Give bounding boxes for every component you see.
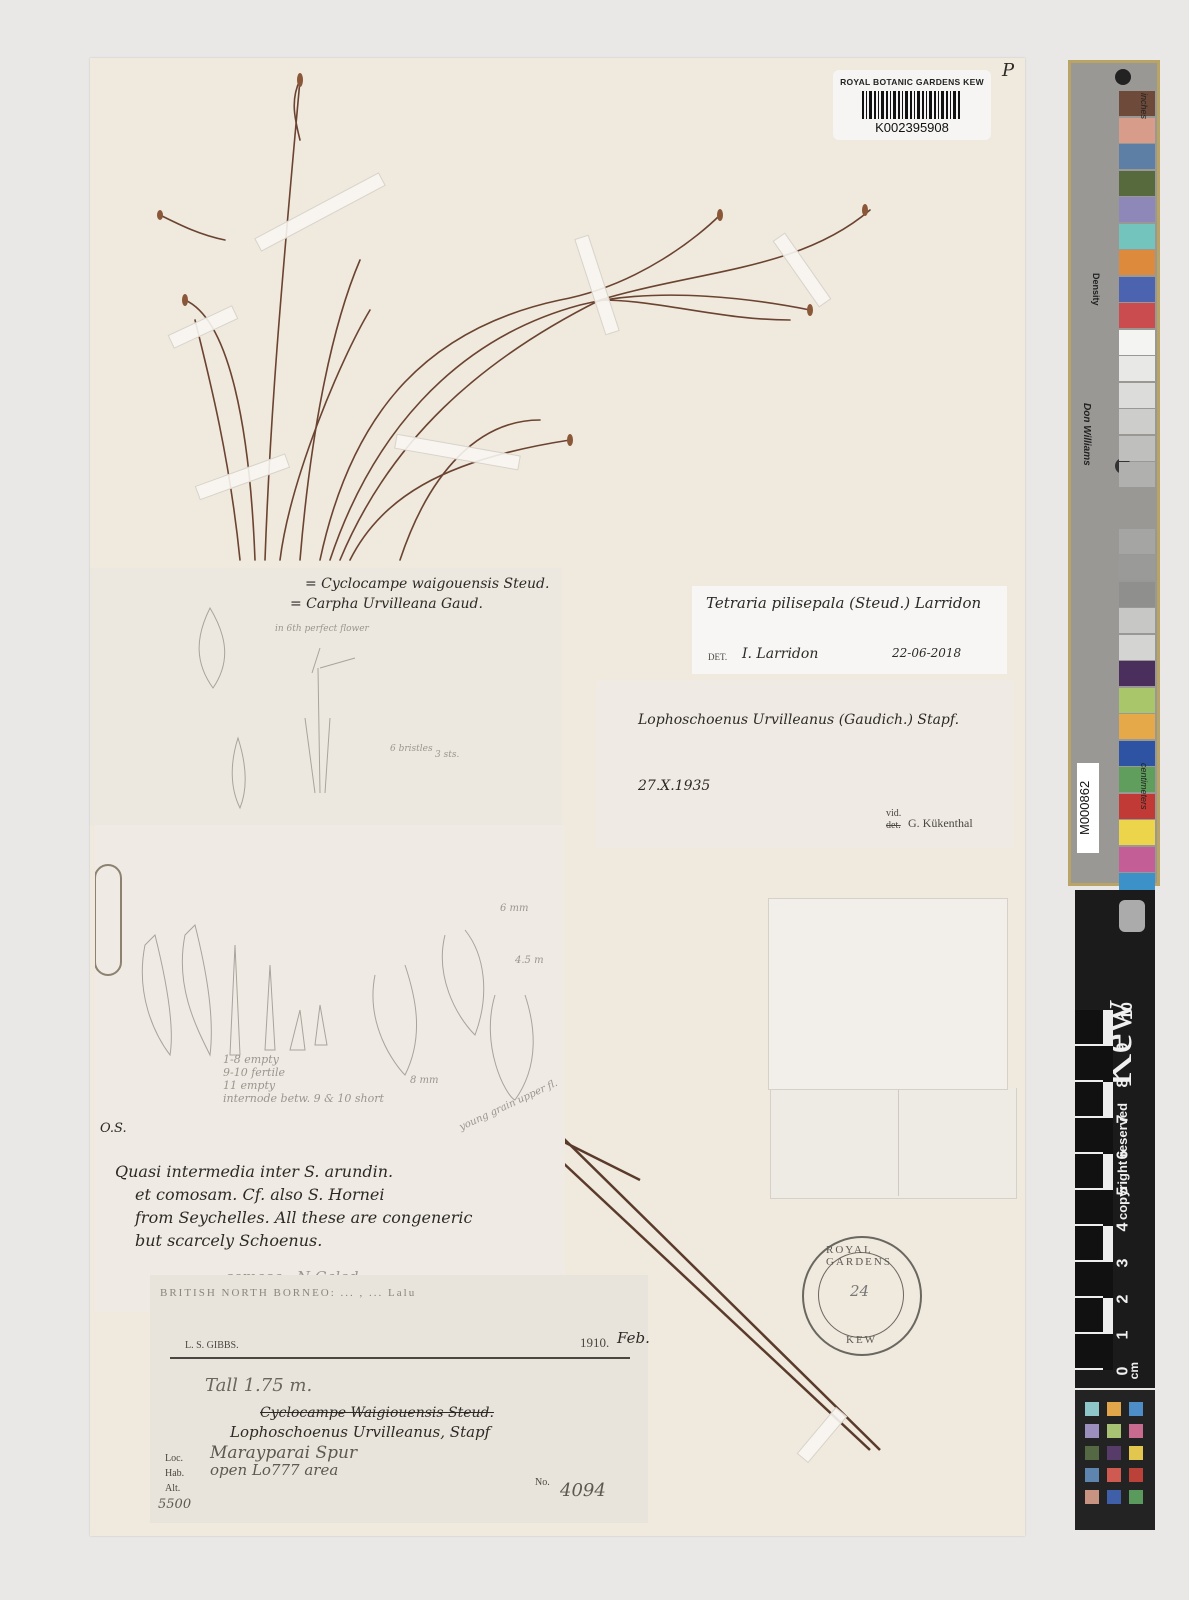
note-line: et comosam. Cf. also S. Hornei xyxy=(115,1183,472,1206)
checker-patch xyxy=(1107,1424,1121,1438)
alt-value: 5500 xyxy=(158,1497,191,1512)
royal-gardens-stamp: ROYAL GARDENS KEW 24 xyxy=(802,1236,922,1356)
centimeters-label: centimeters xyxy=(1139,763,1149,810)
vid-prefix: vid. xyxy=(886,808,901,819)
colour-patch xyxy=(1119,144,1155,169)
vid-taxon-name: Lophoschoenus Urvilleanus (Gaudich.) Sta… xyxy=(638,712,959,728)
scale-tick-label: 6 xyxy=(1114,1151,1132,1160)
scale-tick-label: 10 xyxy=(1119,1002,1137,1020)
pencil-note: 11 empty xyxy=(223,1079,384,1092)
registration-dot-icon xyxy=(1115,69,1131,85)
colour-patch xyxy=(1119,688,1155,713)
determination-label: Tetraria pilisepala (Steud.) Larridon DE… xyxy=(692,586,1007,674)
kukenthal-label: Lophoschoenus Urvilleanus (Gaudich.) Sta… xyxy=(596,680,1014,848)
colour-patch xyxy=(1119,250,1155,275)
checker-patch xyxy=(1129,1490,1143,1504)
collector-name: L. S. GIBBS. xyxy=(185,1340,239,1351)
colour-patch xyxy=(1119,741,1155,766)
checker-patch xyxy=(1085,1424,1099,1438)
sketch-sheet-bottom: 1-8 empty 9-10 fertile 11 empty internod… xyxy=(95,825,565,1155)
locality-header: BRITISH NORTH BORNEO: ... , ... Lalu xyxy=(160,1287,416,1299)
pencil-note: 1-8 empty xyxy=(223,1053,384,1066)
checker-patch xyxy=(1085,1446,1099,1460)
colour-patch xyxy=(1119,635,1155,660)
checker-patch xyxy=(1107,1468,1121,1482)
institution-name: ROYAL BOTANIC GARDENS KEW xyxy=(833,77,991,87)
collection-month: Feb. xyxy=(617,1329,650,1347)
current-name: Lophoschoenus Urvilleanus, Stapf xyxy=(230,1423,490,1441)
collector-number: 4094 xyxy=(560,1480,606,1501)
density-label: Density xyxy=(1091,273,1101,306)
sketch-notes: 1-8 empty 9-10 fertile 11 empty internod… xyxy=(223,1053,384,1105)
pencil-note: 4.5 m xyxy=(515,955,544,966)
checker-patch xyxy=(1129,1402,1143,1416)
colour-patch xyxy=(1119,118,1155,143)
fragment-packet[interactable] xyxy=(768,898,1008,1090)
divider xyxy=(170,1357,630,1359)
colour-patch xyxy=(1119,303,1155,328)
colour-patch xyxy=(1119,555,1155,580)
colour-patch xyxy=(1119,224,1155,249)
checker-patch xyxy=(1129,1424,1143,1438)
colour-calibration-bar: M000862 Don Williams Density inches cent… xyxy=(1068,60,1160,886)
colour-patch xyxy=(1119,608,1155,633)
sketch-sheet-top: = Cyclocampe waigouensis Steud. = Carpha… xyxy=(90,568,562,826)
colour-patch xyxy=(1119,462,1155,487)
barcode-icon xyxy=(862,91,962,119)
collection-year: 1910. xyxy=(580,1335,609,1351)
loc-label: Loc. xyxy=(165,1453,183,1464)
checker-patch xyxy=(1085,1468,1099,1482)
colour-patch xyxy=(1119,794,1155,819)
barcode-number: K002395908 xyxy=(833,120,991,135)
pencil-note: internode betw. 9 & 10 short xyxy=(223,1092,384,1105)
checker-patch xyxy=(1085,1490,1099,1504)
checker-patch xyxy=(1129,1446,1143,1460)
note-line: but scarcely Schoenus. xyxy=(115,1229,472,1252)
hab-value: open Lo777 area xyxy=(210,1461,338,1479)
colour-patch xyxy=(1119,330,1155,355)
inches-label: inches xyxy=(1139,93,1149,119)
det-determiner: I. Larridon xyxy=(742,646,818,662)
det-prefix: DET. xyxy=(708,652,727,662)
kew-crest-icon xyxy=(1119,900,1145,932)
chart-id: M000862 xyxy=(1077,763,1099,853)
initials: O.S. xyxy=(100,1121,127,1136)
alt-label: Alt. xyxy=(165,1483,180,1494)
pencil-note: 6 mm xyxy=(500,903,529,914)
scale-tick-label: 9 xyxy=(1114,1043,1132,1052)
kew-scale-bar: Kew copyright reserved cm 012345678910 xyxy=(1075,890,1155,1388)
det-struck: det. xyxy=(886,820,901,831)
barcode-label: ROYAL BOTANIC GARDENS KEW K002395908 xyxy=(833,70,991,140)
struck-name: Cyclocampe Waigiouensis Steud. xyxy=(260,1405,494,1421)
pencil-note: 9-10 fertile xyxy=(223,1066,384,1079)
scale-tick-label: 3 xyxy=(1114,1259,1132,1268)
checker-patch xyxy=(1107,1446,1121,1460)
checker-patch xyxy=(1129,1468,1143,1482)
colour-patch xyxy=(1119,661,1155,686)
fragment-packet-back xyxy=(770,1088,1017,1199)
det-taxon-name: Tetraria pilisepala (Steud.) Larridon xyxy=(706,594,981,612)
colour-patch xyxy=(1119,91,1155,116)
corner-mark: P xyxy=(1002,60,1014,81)
packet-fold xyxy=(898,1088,899,1196)
stamp-top-text: ROYAL GARDENS xyxy=(826,1244,920,1268)
colour-patch xyxy=(1119,820,1155,845)
chart-brand: Don Williams xyxy=(1081,403,1092,466)
note-line: Quasi intermedia inter S. arundin. xyxy=(115,1160,472,1183)
checker-patch xyxy=(1107,1402,1121,1416)
vid-date: 27.X.1935 xyxy=(638,778,710,794)
scale-tick-label: 8 xyxy=(1114,1079,1132,1088)
loc-value: Marayparai Spur xyxy=(210,1443,357,1463)
colour-patch xyxy=(1119,383,1155,408)
colour-checker xyxy=(1075,1390,1155,1530)
hab-label: Hab. xyxy=(165,1468,184,1479)
scale-tick-label: 7 xyxy=(1114,1115,1132,1124)
det-date: 22-06-2018 xyxy=(892,646,961,660)
colour-patch xyxy=(1119,436,1155,461)
note-line: from Seychelles. All these are congeneri… xyxy=(115,1206,472,1229)
colour-patch xyxy=(1119,277,1155,302)
colour-patch xyxy=(1119,582,1155,607)
cm-ruler-alt xyxy=(1103,1010,1113,1370)
colour-patch xyxy=(1119,197,1155,222)
scale-tick-label: 5 xyxy=(1114,1187,1132,1196)
scale-tick-label: 1 xyxy=(1114,1331,1132,1340)
cm-ruler xyxy=(1075,1010,1103,1370)
checker-patch xyxy=(1085,1402,1099,1416)
paperclip-icon xyxy=(95,865,121,975)
scale-tick-label: 0 xyxy=(1114,1367,1132,1376)
colour-patch xyxy=(1119,171,1155,196)
colour-patch xyxy=(1119,714,1155,739)
colour-patch xyxy=(1119,529,1155,554)
collector-label: BRITISH NORTH BORNEO: ... , ... Lalu L. … xyxy=(150,1275,648,1523)
vid-determiner: G. Kükenthal xyxy=(908,816,973,831)
colour-patch xyxy=(1119,356,1155,381)
stamp-bottom-text: KEW xyxy=(846,1334,877,1346)
scale-tick-label: 2 xyxy=(1114,1295,1132,1304)
pencil-note: 8 mm xyxy=(410,1075,439,1086)
stamp-number: 24 xyxy=(850,1282,869,1300)
height-note: Tall 1.75 m. xyxy=(205,1375,312,1396)
colour-patch xyxy=(1119,767,1155,792)
colour-patch xyxy=(1119,409,1155,434)
pencil-sketches xyxy=(90,568,562,826)
colour-patch xyxy=(1119,847,1155,872)
checker-patch xyxy=(1107,1490,1121,1504)
scale-tick-label: 4 xyxy=(1114,1223,1132,1232)
no-label: No. xyxy=(535,1477,550,1488)
